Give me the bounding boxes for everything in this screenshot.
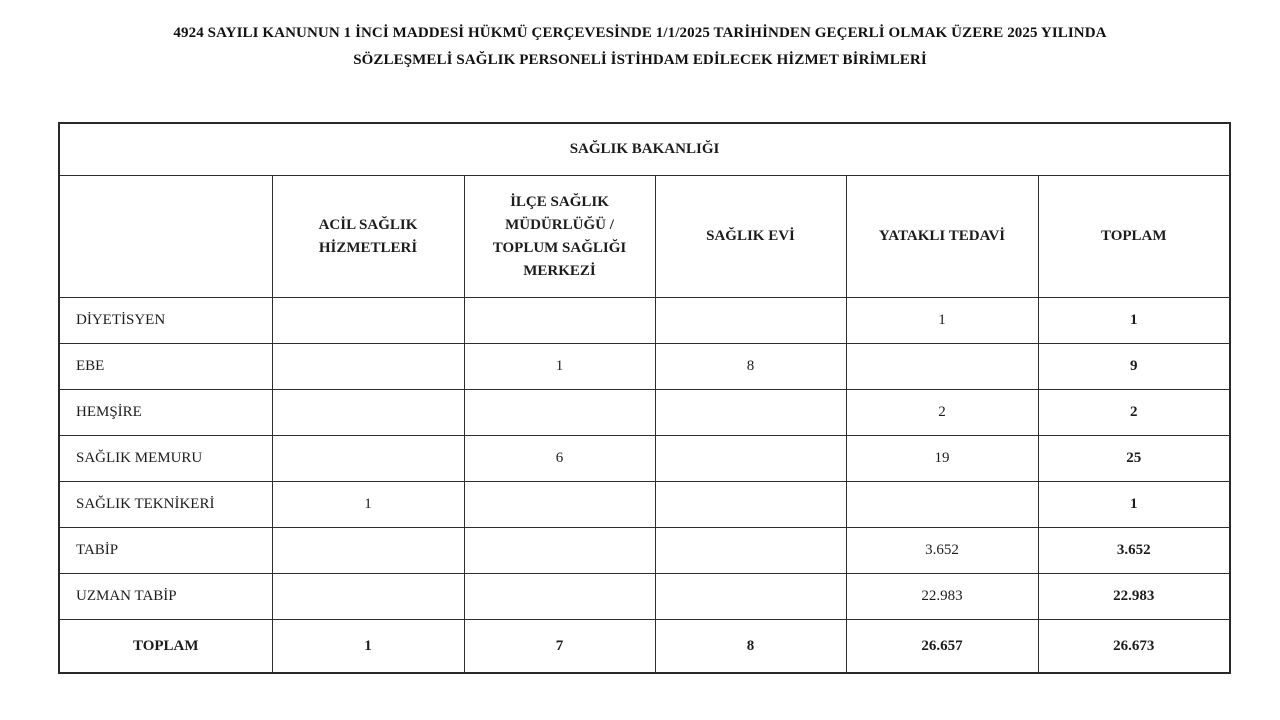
table-row: EBE189 <box>59 344 1230 390</box>
table-row: DİYETİSYEN11 <box>59 298 1230 344</box>
cell-ilce <box>464 574 655 620</box>
row-label: HEMŞİRE <box>59 390 272 436</box>
cell-saglik-evi <box>655 390 846 436</box>
column-header-acil: ACİL SAĞLIK HİZMETLERİ <box>272 176 464 298</box>
table-row: HEMŞİRE22 <box>59 390 1230 436</box>
cell-toplam: 9 <box>1038 344 1230 390</box>
cell-ilce <box>464 482 655 528</box>
cell-acil <box>272 298 464 344</box>
cell-toplam: 25 <box>1038 436 1230 482</box>
cell-ilce <box>464 528 655 574</box>
column-header-blank <box>59 176 272 298</box>
cell-saglik-evi <box>655 436 846 482</box>
cell-saglik-evi <box>655 574 846 620</box>
table-row: UZMAN TABİP22.98322.983 <box>59 574 1230 620</box>
cell-toplam: 1 <box>1038 482 1230 528</box>
cell-saglik-evi: 8 <box>655 344 846 390</box>
cell-toplam: 22.983 <box>1038 574 1230 620</box>
table-row: TABİP3.6523.652 <box>59 528 1230 574</box>
column-header-toplam: TOPLAM <box>1038 176 1230 298</box>
title-line-2: SÖZLEŞMELİ SAĞLIK PERSONELİ İSTİHDAM EDİ… <box>0 47 1280 74</box>
total-acil: 1 <box>272 620 464 674</box>
cell-acil <box>272 390 464 436</box>
row-label: SAĞLIK TEKNİKERİ <box>59 482 272 528</box>
staffing-table: SAĞLIK BAKANLIĞI ACİL SAĞLIK HİZMETLERİ … <box>58 122 1231 674</box>
cell-ilce <box>464 390 655 436</box>
cell-yatakli: 22.983 <box>846 574 1038 620</box>
document-title: 4924 SAYILI KANUNUN 1 İNCİ MADDESİ HÜKMÜ… <box>0 20 1280 74</box>
row-label: UZMAN TABİP <box>59 574 272 620</box>
total-saglik-evi: 8 <box>655 620 846 674</box>
total-row: TOPLAM17826.65726.673 <box>59 620 1230 674</box>
column-header-yatakli: YATAKLI TEDAVİ <box>846 176 1038 298</box>
cell-saglik-evi <box>655 482 846 528</box>
column-header-ilce: İLÇE SAĞLIK MÜDÜRLÜĞÜ / TOPLUM SAĞLIĞI M… <box>464 176 655 298</box>
cell-toplam: 2 <box>1038 390 1230 436</box>
cell-ilce <box>464 298 655 344</box>
cell-ilce: 6 <box>464 436 655 482</box>
column-header-saglik-evi: SAĞLIK EVİ <box>655 176 846 298</box>
ministry-name: SAĞLIK BAKANLIĞI <box>59 123 1230 176</box>
row-label: DİYETİSYEN <box>59 298 272 344</box>
table-row: SAĞLIK TEKNİKERİ11 <box>59 482 1230 528</box>
title-line-1: 4924 SAYILI KANUNUN 1 İNCİ MADDESİ HÜKMÜ… <box>0 20 1280 47</box>
cell-yatakli <box>846 344 1038 390</box>
cell-toplam: 1 <box>1038 298 1230 344</box>
cell-saglik-evi <box>655 528 846 574</box>
cell-acil <box>272 344 464 390</box>
cell-yatakli <box>846 482 1038 528</box>
total-ilce: 7 <box>464 620 655 674</box>
row-label: TABİP <box>59 528 272 574</box>
cell-yatakli: 1 <box>846 298 1038 344</box>
total-label: TOPLAM <box>59 620 272 674</box>
cell-yatakli: 19 <box>846 436 1038 482</box>
column-header-row: ACİL SAĞLIK HİZMETLERİ İLÇE SAĞLIK MÜDÜR… <box>59 176 1230 298</box>
cell-ilce: 1 <box>464 344 655 390</box>
row-label: SAĞLIK MEMURU <box>59 436 272 482</box>
cell-acil <box>272 574 464 620</box>
cell-saglik-evi <box>655 298 846 344</box>
table-row: SAĞLIK MEMURU61925 <box>59 436 1230 482</box>
cell-acil <box>272 528 464 574</box>
cell-acil: 1 <box>272 482 464 528</box>
total-toplam: 26.673 <box>1038 620 1230 674</box>
row-label: EBE <box>59 344 272 390</box>
cell-yatakli: 3.652 <box>846 528 1038 574</box>
cell-acil <box>272 436 464 482</box>
cell-yatakli: 2 <box>846 390 1038 436</box>
total-yatakli: 26.657 <box>846 620 1038 674</box>
cell-toplam: 3.652 <box>1038 528 1230 574</box>
ministry-header-row: SAĞLIK BAKANLIĞI <box>59 123 1230 176</box>
